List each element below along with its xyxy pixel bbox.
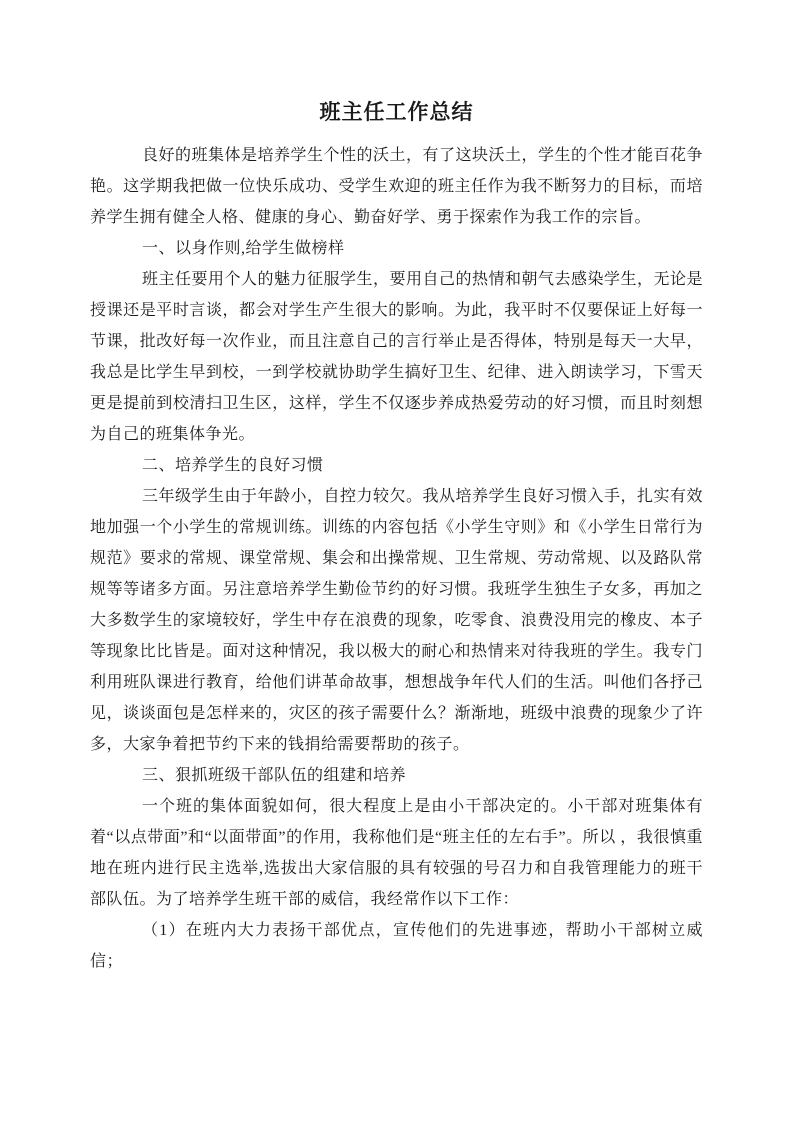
- document-title: 班主任工作总结: [90, 96, 703, 129]
- paragraph-section-2: 三年级学生由于年龄小，自控力较欠。我从培养学生良好习惯入手，扎实有效地加强一个小…: [90, 481, 703, 760]
- list-item-1: （1）在班内大力表扬干部优点，宣传他们的先进事迹，帮助小干部树立威信；: [90, 915, 703, 977]
- paragraph-section-1: 班主任要用个人的魅力征服学生，要用自己的热情和朝气去感染学生，无论是授课还是平时…: [90, 264, 703, 450]
- paragraph-section-3: 一个班的集体面貌如何，很大程度上是由小干部决定的。小干部对班集体有着“以点带面”…: [90, 791, 703, 915]
- section-heading-3: 三、狠抓班级干部队伍的组建和培养: [90, 760, 703, 791]
- paragraph-intro: 良好的班集体是培养学生个性的沃土，有了这块沃土，学生的个性才能百花争艳。这学期我…: [90, 140, 703, 233]
- section-heading-2: 二、培养学生的良好习惯: [90, 450, 703, 481]
- document-page: 班主任工作总结 良好的班集体是培养学生个性的沃土，有了这块沃土，学生的个性才能百…: [0, 0, 793, 1122]
- section-heading-1: 一、以身作则,给学生做榜样: [90, 233, 703, 264]
